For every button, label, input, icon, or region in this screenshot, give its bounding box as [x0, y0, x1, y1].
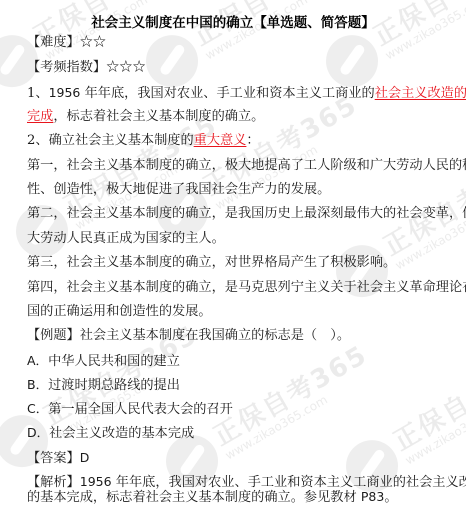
option-text: 社会主义改造的基本完成 [49, 426, 194, 441]
option-c: C．第一届全国人民代表大会的召开 [27, 401, 233, 418]
answer-label: 【答案】 [27, 451, 80, 466]
analysis-line2: 的基本完成，标志着社会主义基本制度的确立。参见教材 P83。 [27, 489, 398, 505]
point1-highlight-cont: 完成 [27, 109, 53, 124]
analysis-year: 1956 [80, 474, 112, 489]
option-b: B．过渡时期总路线的提出 [27, 377, 180, 394]
option-letter: A． [27, 353, 48, 368]
analysis-page-ref: P83 [361, 489, 384, 504]
option-text: 中华人民共和国的建立 [48, 354, 180, 369]
answer-value: D [80, 450, 90, 465]
option-letter: B． [27, 377, 48, 392]
significance-4-line2: 国的正确运用和创造性的发展。 [27, 304, 212, 320]
analysis-label: 【解析】 [27, 475, 80, 490]
example-question-text: 社会主义基本制度在我国确立的标志是（ ）。 [80, 328, 350, 343]
point1-text-after: ，标志着社会主义基本制度的确立。 [53, 109, 264, 124]
significance-1-line2: 性、创造性，极大地促进了我国社会生产力的发展。 [27, 182, 330, 198]
option-d: D．社会主义改造的基本完成 [27, 425, 194, 442]
option-a: A．中华人民共和国的建立 [27, 353, 180, 370]
frequency-stars: ☆☆☆ [106, 60, 146, 75]
difficulty-stars: ☆☆ [80, 35, 106, 50]
point1-line2: 完成，标志着社会主义基本制度的确立。 [27, 109, 264, 125]
example-label: 【例题】 [27, 328, 80, 343]
option-text: 第一届全国人民代表大会的召开 [48, 402, 233, 417]
significance-4-line1: 第四，社会主义基本制度的确立，是马克思列宁主义关于社会主义革命理论在中 [27, 280, 466, 296]
analysis-text-cont: 的基本完成，标志着社会主义基本制度的确立。参见教材 [27, 490, 361, 505]
significance-2-line2: 大劳动人民真正成为国家的主人。 [27, 231, 225, 247]
point2-text: 2、确立社会主义基本制度的 [27, 133, 194, 148]
analysis-end: 。 [384, 490, 397, 505]
point2-colon: ： [246, 133, 259, 148]
significance-2-line1: 第二，社会主义基本制度的确立，是我国历史上最深刻最伟大的社会变革，使广 [27, 206, 466, 222]
frequency-label: 【考频指数】 [27, 60, 106, 75]
point1-year: 1956 [49, 85, 81, 100]
document-title: 社会主义制度在中国的确立【单选题、简答题】 [0, 11, 466, 31]
point1-line1: 1、1956 年年底，我国对农业、手工业和资本主义工商业的社会主义改造的基本 [27, 85, 466, 102]
frequency-row: 【考频指数】☆☆☆ [27, 60, 146, 76]
point2-line: 2、确立社会主义基本制度的重大意义： [27, 133, 260, 149]
example-question: 【例题】社会主义基本制度在我国确立的标志是（ ）。 [27, 328, 350, 344]
point1-highlight: 社会主义改造的基本 [375, 86, 466, 101]
option-text: 过渡时期总路线的提出 [48, 378, 180, 393]
answer-row: 【答案】D [27, 450, 89, 467]
point1-text: 年年底，我国对农业、手工业和资本主义工商业的 [80, 86, 374, 101]
point2-highlight: 重大意义 [194, 133, 247, 148]
point1-prefix: 1、 [27, 86, 49, 101]
option-letter: D． [27, 425, 49, 440]
difficulty-label: 【难度】 [27, 35, 80, 50]
significance-3-line1: 第三，社会主义基本制度的确立，对世界格局产生了积极影响。 [27, 255, 396, 271]
difficulty-row: 【难度】☆☆ [27, 35, 106, 51]
option-letter: C． [27, 401, 48, 416]
analysis-text: 年年底，我国对农业、手工业和资本主义工商业的社会主义改造 [112, 475, 466, 490]
significance-1-line1: 第一，社会主义基本制度的确立，极大地提高了工人阶级和广大劳动人民的积极 [27, 158, 466, 174]
